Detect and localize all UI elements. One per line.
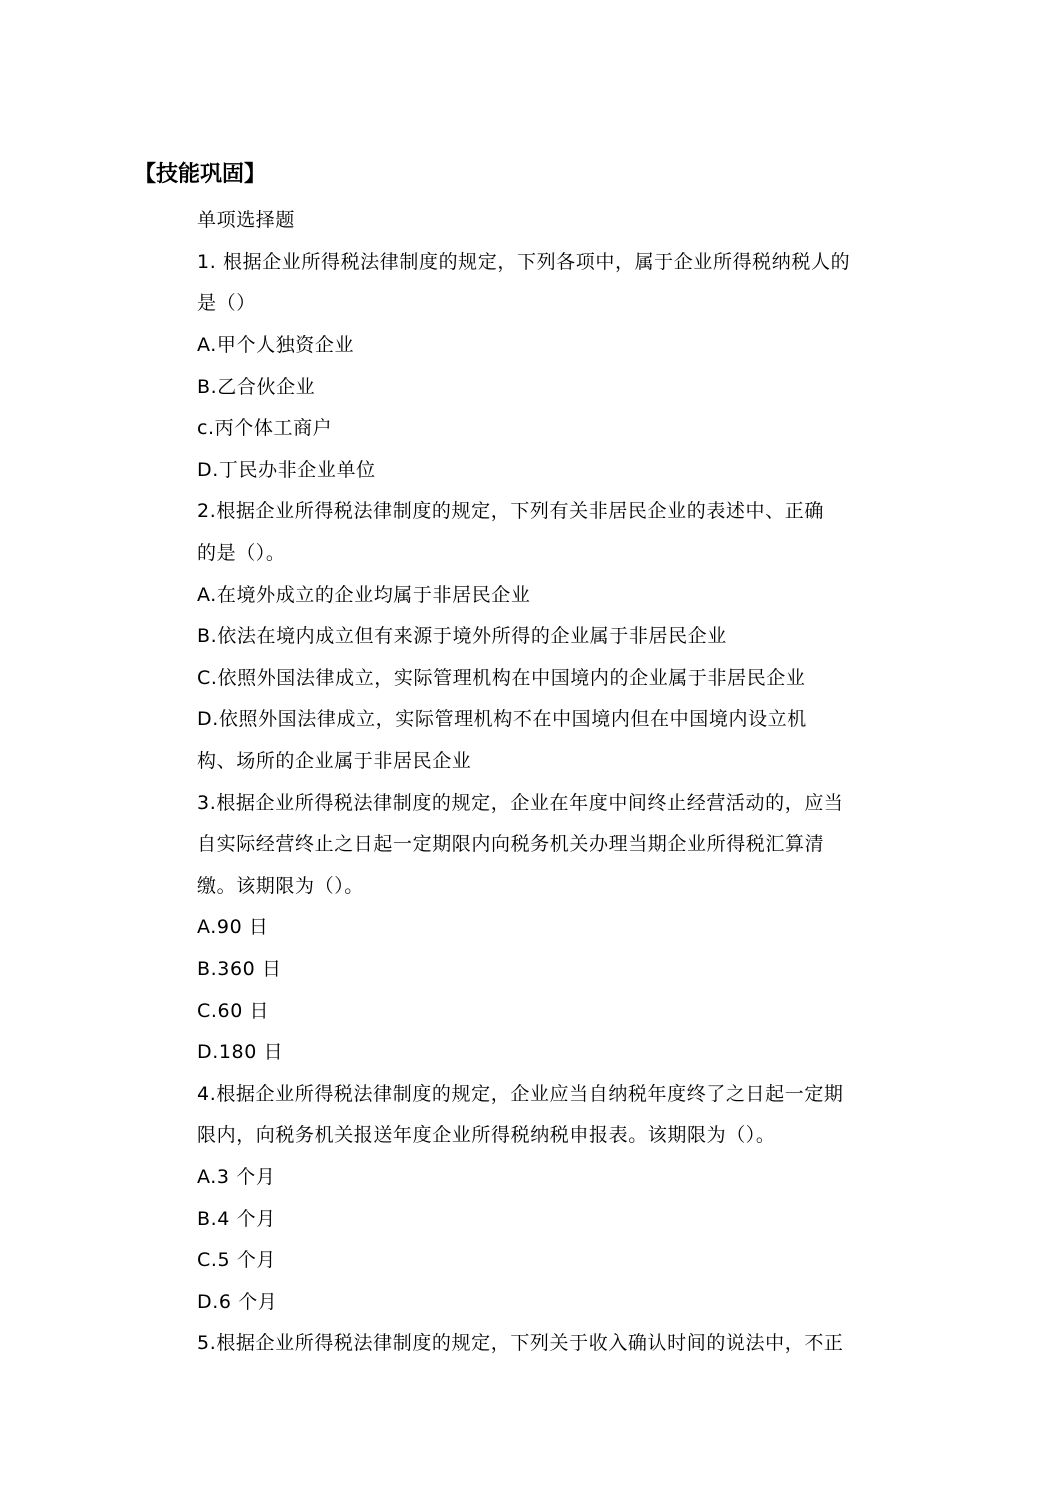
option-d: D.180 日 (197, 1038, 283, 1066)
section-title: 【技能巩固】 (134, 158, 266, 192)
question-stem-line: 是（） (197, 289, 256, 317)
option-d: D.依照外国法律成立，实际管理机构不在中国境内但在中国境内设立机 (197, 705, 807, 733)
document-page: 【技能巩固】 单项选择题 1. 根据企业所得税法律制度的规定，下列各项中，属于企… (0, 0, 1059, 1497)
option-b: B.乙合伙企业 (197, 373, 315, 401)
question-stem-line: 4.根据企业所得税法律制度的规定，企业应当自纳税年度终了之日起一定期 (197, 1080, 844, 1108)
option-b: B.依法在境内成立但有来源于境外所得的企业属于非居民企业 (197, 622, 727, 650)
question-stem-line: 限内，向税务机关报送年度企业所得税纳税申报表。该期限为（）。 (197, 1121, 776, 1149)
option-a: A.甲个人独资企业 (197, 331, 354, 359)
question-type-heading: 单项选择题 (197, 206, 295, 234)
option-a: A.3 个月 (197, 1163, 275, 1191)
option-d: D.丁民办非企业单位 (197, 456, 376, 484)
question-stem-line: 3.根据企业所得税法律制度的规定，企业在年度中间终止经营活动的，应当 (197, 789, 844, 817)
option-a: A.在境外成立的企业均属于非居民企业 (197, 581, 531, 609)
question-stem-line: 的是（）。 (197, 539, 286, 567)
option-b: B.4 个月 (197, 1205, 276, 1233)
question-stem-line: 5.根据企业所得税法律制度的规定，下列关于收入确认时间的说法中，不正 (197, 1329, 844, 1357)
option-c: c.丙个体工商户 (197, 414, 332, 442)
option-d: D.6 个月 (197, 1288, 277, 1316)
option-d-continued: 构、场所的企业属于非居民企业 (197, 747, 471, 775)
option-a: A.90 日 (197, 913, 269, 941)
option-c: C.5 个月 (197, 1246, 276, 1274)
option-c: C.60 日 (197, 997, 269, 1025)
question-stem-line: 自实际经营终止之日起一定期限内向税务机关办理当期企业所得税汇算清 (197, 830, 824, 858)
question-stem-line: 1. 根据企业所得税法律制度的规定，下列各项中，属于企业所得税纳税人的 (197, 248, 850, 276)
question-stem-line: 缴。该期限为（）。 (197, 872, 364, 900)
option-b: B.360 日 (197, 955, 282, 983)
option-c: C.依照外国法律成立，实际管理机构在中国境内的企业属于非居民企业 (197, 664, 806, 692)
question-stem-line: 2.根据企业所得税法律制度的规定，下列有关非居民企业的表述中、正确 (197, 497, 824, 525)
